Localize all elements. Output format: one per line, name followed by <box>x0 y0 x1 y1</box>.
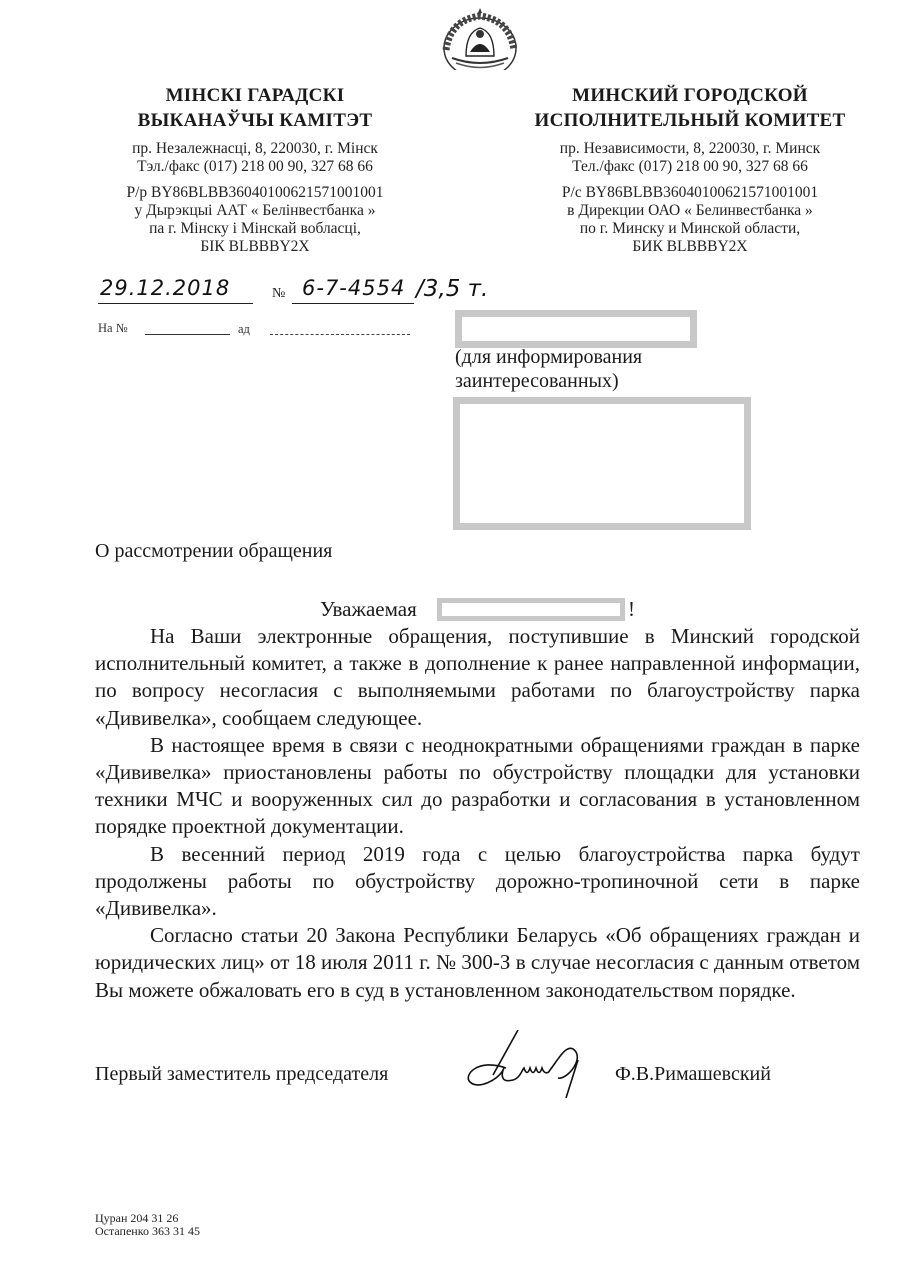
signer-position: Первый заместитель председателя <box>95 1063 388 1086</box>
letterhead-belarusian: МІНСКІ ГАРАДСКІ ВЫКАНАЎЧЫ КАМІТЭТ пр. Не… <box>90 83 420 256</box>
body-paragraph: Согласно статьи 20 Закона Республики Бел… <box>95 922 860 1004</box>
letter-date: 29.12.2018 <box>100 276 230 300</box>
bik-ru: БИК BLBBBY2X <box>520 238 860 256</box>
redacted-recipient-name <box>455 310 697 348</box>
address-be: пр. Незалежнасці, 8, 220030, г. Мінск <box>90 140 420 158</box>
reference-date-blank <box>270 334 410 335</box>
org-name-ru-line1: МИНСКИЙ ГОРОДСКОЙ <box>520 83 860 108</box>
phone-ru: Тел./факс (017) 218 00 90, 327 68 66 <box>520 158 860 176</box>
letter-subject: О рассмотрении обращения <box>95 540 332 563</box>
executor-contacts: Цуран 204 31 26 Остапенко 363 31 45 <box>95 1212 200 1238</box>
redacted-recipient-address <box>453 397 751 530</box>
belarus-state-emblem-icon <box>440 6 520 70</box>
signer-name: Ф.В.Римашевский <box>615 1063 771 1086</box>
body-paragraph: В весенний период 2019 года с целью благ… <box>95 841 860 923</box>
salutation: Уважаемая <box>320 597 417 622</box>
letter-body: На Ваши электронные обращения, поступивш… <box>95 623 860 1004</box>
bik-be: БІК BLBBBY2X <box>90 238 420 256</box>
org-name-ru-line2: ИСПОЛНИТЕЛЬНЫЙ КОМИТЕТ <box>520 108 860 133</box>
number-sign: № <box>272 286 285 302</box>
phone-be: Тэл./факс (017) 218 00 90, 327 68 66 <box>90 158 420 176</box>
body-paragraph: На Ваши электронные обращения, поступивш… <box>95 623 860 732</box>
handwritten-signature-icon <box>458 1030 628 1110</box>
salutation-exclamation: ! <box>628 597 635 622</box>
reference-number-blank <box>145 334 230 335</box>
account-be: Р/р BY86BLBB36040100621571001001 <box>90 184 420 202</box>
reference-label-ad: ад <box>238 322 250 337</box>
account-ru: Р/с BY86BLBB36040100621571001001 <box>520 184 860 202</box>
bank-ru-line1: в Дирекции ОАО « Белинвестбанка » <box>520 202 860 220</box>
address-ru: пр. Независимости, 8, 220030, г. Минск <box>520 140 860 158</box>
bank-be-line1: у Дырэкцыі ААТ « Белінвестбанка » <box>90 202 420 220</box>
org-name-be-line1: МІНСКІ ГАРАДСКІ <box>90 83 420 108</box>
redacted-addressee-name <box>437 598 625 621</box>
letter-number-suffix: /3,5 т. <box>416 276 488 302</box>
bank-ru-line2: по г. Минску и Минской области, <box>520 220 860 238</box>
letter-number: 6-7-4554 <box>302 276 405 300</box>
bank-be-line2: па г. Мінску і Мінскай вобласці, <box>90 220 420 238</box>
contact-line: Остапенко 363 31 45 <box>95 1225 200 1238</box>
letterhead-russian: МИНСКИЙ ГОРОДСКОЙ ИСПОЛНИТЕЛЬНЫЙ КОМИТЕТ… <box>520 83 860 256</box>
reference-label-na: На № <box>98 321 128 336</box>
org-name-be-line2: ВЫКАНАЎЧЫ КАМІТЭТ <box>90 108 420 133</box>
recipient-note: (для информирования заинтересованных) <box>455 345 642 393</box>
body-paragraph: В настоящее время в связи с неоднократны… <box>95 732 860 841</box>
